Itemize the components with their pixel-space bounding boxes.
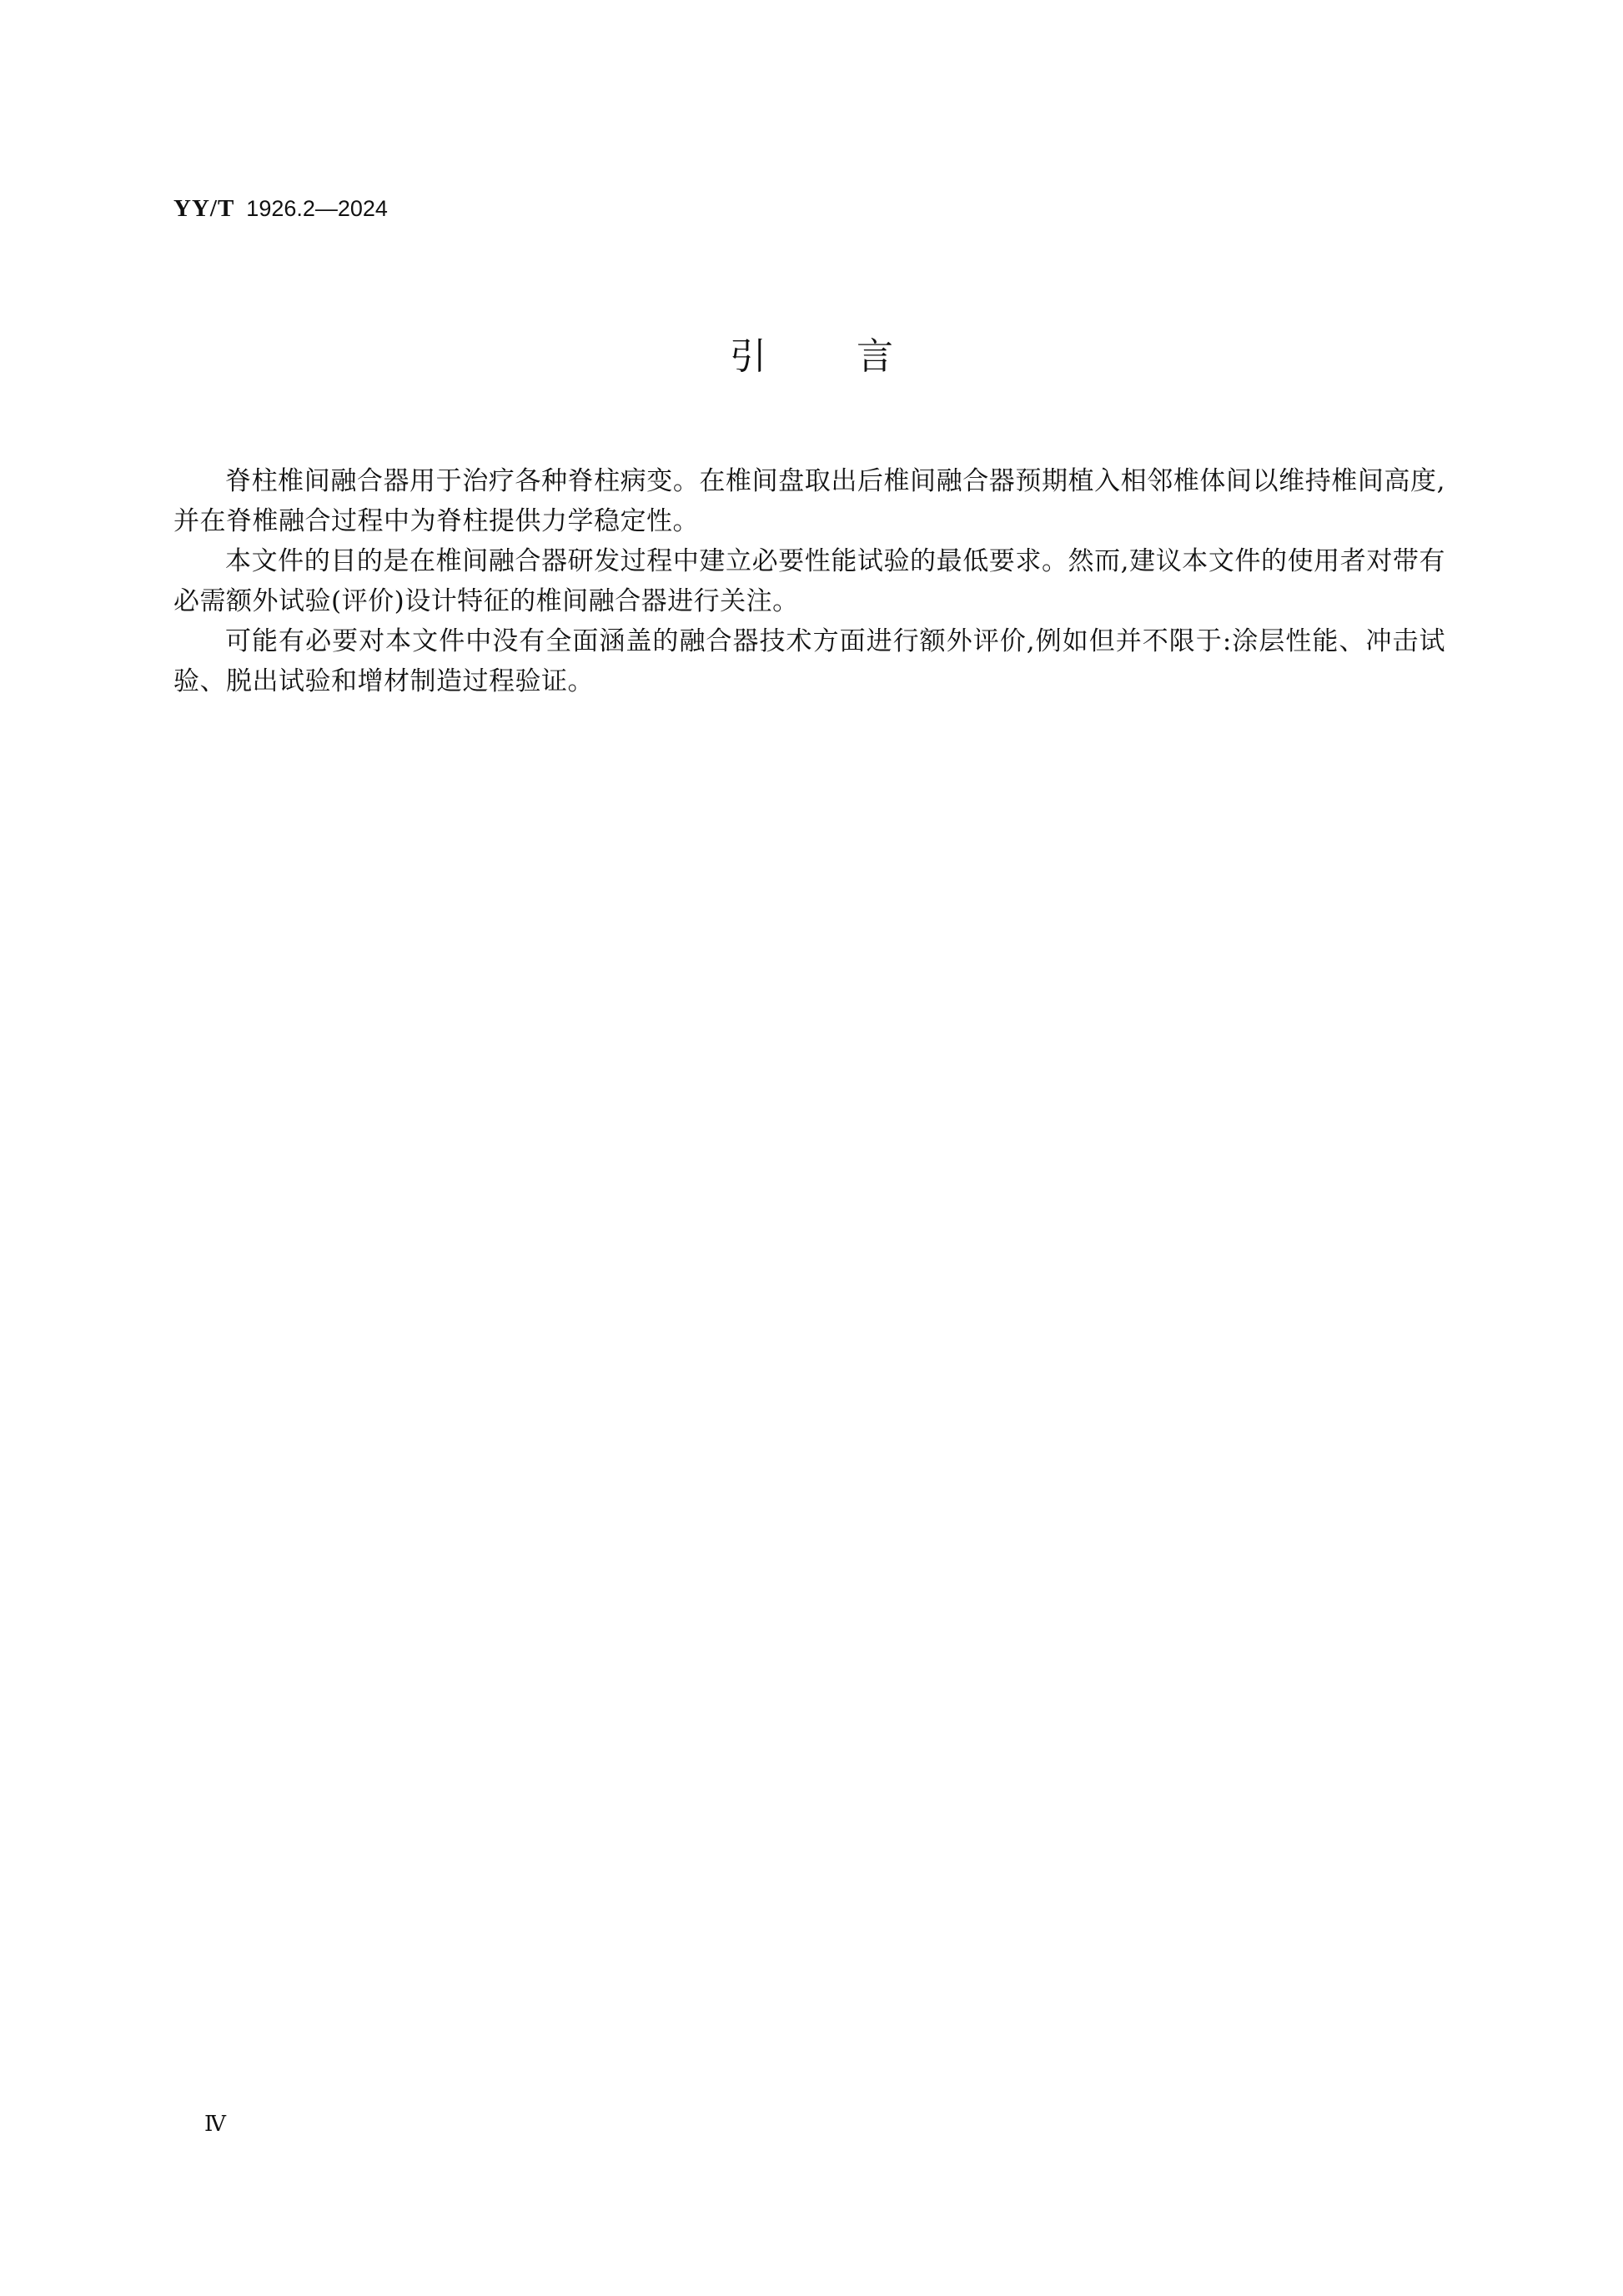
page-number: Ⅳ xyxy=(204,2112,226,2137)
section-title-char-1: 引 xyxy=(730,332,766,382)
paragraph-2: 本文件的目的是在椎间融合器研发过程中建立必要性能试验的最低要求。然而,建议本文件… xyxy=(173,541,1445,621)
standard-code: YY/T xyxy=(173,195,234,222)
document-header: YY/T1926.2—2024 xyxy=(173,193,388,224)
standard-number: 1926.2—2024 xyxy=(246,196,388,221)
paragraph-1: 脊柱椎间融合器用于治疗各种脊柱病变。在椎间盘取出后椎间融合器预期植入相邻椎体间以… xyxy=(173,461,1445,541)
section-title: 引言 xyxy=(0,332,1623,382)
section-title-char-2: 言 xyxy=(857,332,893,382)
paragraph-3: 可能有必要对本文件中没有全面涵盖的融合器技术方面进行额外评价,例如但并不限于:涂… xyxy=(173,621,1445,701)
introduction-body: 脊柱椎间融合器用于治疗各种脊柱病变。在椎间盘取出后椎间融合器预期植入相邻椎体间以… xyxy=(173,461,1445,701)
